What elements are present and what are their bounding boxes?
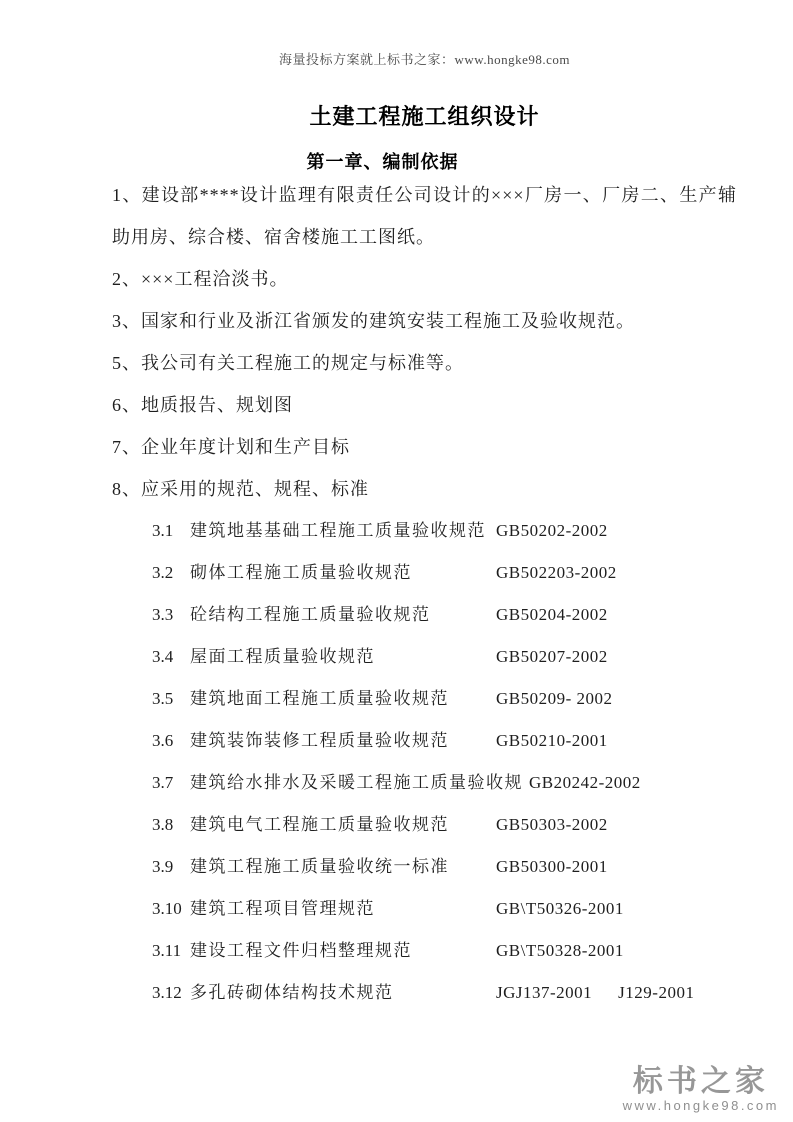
list-item-3: 3、国家和行业及浙江省颁发的建筑安装工程施工及验收规范。: [112, 300, 737, 342]
standard-code: JGJ137-2001: [496, 983, 592, 1002]
standard-name: 建筑工程施工质量验收统一标准: [190, 846, 490, 888]
standard-code: GB\T50328-2001: [496, 941, 624, 960]
document-title: 土建工程施工组织设计: [112, 100, 737, 131]
list-item-8: 8、应采用的规范、规程、标准: [112, 468, 737, 510]
page-header-text: 海量投标方案就上标书之家：www.hongke98.com: [112, 49, 737, 68]
standard-name: 砼结构工程施工质量验收规范: [190, 594, 490, 636]
standard-code: GB50300-2001: [496, 857, 608, 876]
standard-row: 3.10建筑工程项目管理规范GB\T50326-2001: [152, 888, 737, 930]
standard-name: 建筑装饰装修工程质量验收规范: [190, 720, 490, 762]
standard-row: 3.4屋面工程质量验收规范GB50207-2002: [152, 636, 737, 678]
standard-row: 3.7建筑给水排水及采暖工程施工质量验收规GB20242-2002: [152, 762, 737, 804]
standard-row: 3.2砌体工程施工质量验收规范GB502203-2002: [152, 552, 737, 594]
standard-row: 3.6建筑装饰装修工程质量验收规范GB50210-2001: [152, 720, 737, 762]
standard-number: 3.11: [152, 930, 184, 972]
standard-code: GB502203-2002: [496, 563, 617, 582]
standard-name: 多孔砖砌体结构技术规范: [190, 972, 490, 1014]
list-item-2: 2、×××工程洽淡书。: [112, 258, 737, 300]
standard-code: GB50204-2002: [496, 605, 608, 624]
standard-code: GB50303-2002: [496, 815, 608, 834]
standard-code: GB50210-2001: [496, 731, 608, 750]
standards-list: 3.1建筑地基基础工程施工质量验收规范GB50202-2002 3.2砌体工程施…: [152, 510, 737, 1014]
chapter-heading: 第一章、编制依据: [70, 148, 695, 174]
standard-name: 建筑地面工程施工质量验收规范: [190, 678, 490, 720]
standard-number: 3.2: [152, 552, 184, 594]
watermark-logo-text: 标书之家: [623, 1066, 779, 1098]
standard-code: GB50207-2002: [496, 647, 608, 666]
standard-number: 3.12: [152, 972, 184, 1014]
standard-row: 3.11建设工程文件归档整理规范GB\T50328-2001: [152, 930, 737, 972]
standard-name: 建筑电气工程施工质量验收规范: [190, 804, 490, 846]
standard-code: GB50209- 2002: [496, 689, 613, 708]
standard-number: 3.3: [152, 594, 184, 636]
list-item-5: 5、我公司有关工程施工的规定与标准等。: [112, 342, 737, 384]
watermark: 标书之家 www.hongke98.com: [623, 1066, 779, 1114]
standard-row: 3.3砼结构工程施工质量验收规范GB50204-2002: [152, 594, 737, 636]
standard-code: GB50202-2002: [496, 521, 608, 540]
standard-row: 3.12多孔砖砌体结构技术规范JGJ137-2001J129-2001: [152, 972, 737, 1014]
document-page: 海量投标方案就上标书之家：www.hongke98.com 土建工程施工组织设计…: [0, 0, 793, 1122]
standard-name: 建筑地基基础工程施工质量验收规范: [190, 510, 490, 552]
standard-number: 3.6: [152, 720, 184, 762]
standard-code-secondary: J129-2001: [618, 983, 694, 1002]
standard-code: GB\T50326-2001: [496, 899, 624, 918]
standard-number: 3.1: [152, 510, 184, 552]
standard-name: 建设工程文件归档整理规范: [190, 930, 490, 972]
list-item-6: 6、地质报告、规划图: [112, 384, 737, 426]
standard-number: 3.10: [152, 888, 184, 930]
document-body: 1、建设部****设计监理有限责任公司设计的×××厂房一、厂房二、生产辅助用房、…: [112, 174, 737, 1014]
standard-code: GB20242-2002: [529, 773, 641, 792]
standard-name: 砌体工程施工质量验收规范: [190, 552, 490, 594]
standard-row: 3.5建筑地面工程施工质量验收规范GB50209- 2002: [152, 678, 737, 720]
list-item-1: 1、建设部****设计监理有限责任公司设计的×××厂房一、厂房二、生产辅助用房、…: [112, 174, 737, 258]
standard-number: 3.7: [152, 762, 184, 804]
standard-row: 3.1建筑地基基础工程施工质量验收规范GB50202-2002: [152, 510, 737, 552]
standard-number: 3.4: [152, 636, 184, 678]
standard-row: 3.9建筑工程施工质量验收统一标准GB50300-2001: [152, 846, 737, 888]
standard-number: 3.9: [152, 846, 184, 888]
standard-name: 屋面工程质量验收规范: [190, 636, 490, 678]
standard-number: 3.5: [152, 678, 184, 720]
list-item-7: 7、企业年度计划和生产目标: [112, 426, 737, 468]
standard-row: 3.8建筑电气工程施工质量验收规范GB50303-2002: [152, 804, 737, 846]
standard-name: 建筑给水排水及采暖工程施工质量验收规: [190, 762, 523, 804]
standard-number: 3.8: [152, 804, 184, 846]
standard-name: 建筑工程项目管理规范: [190, 888, 490, 930]
watermark-url: www.hongke98.com: [623, 1098, 779, 1114]
